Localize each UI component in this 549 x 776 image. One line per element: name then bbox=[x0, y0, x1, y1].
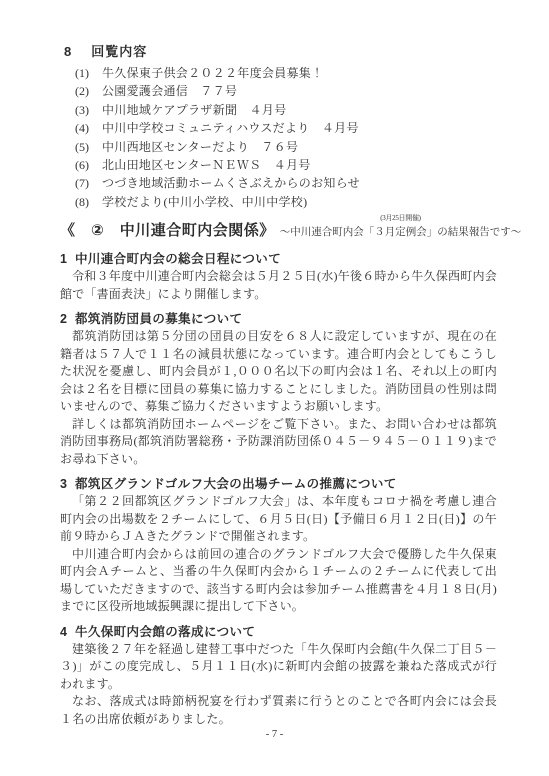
list-item-number: (1) bbox=[75, 64, 96, 82]
federation-subtitle: ～中川連合町内会「(3月25日開催)３月定例会」の結果報告です～ bbox=[280, 227, 522, 238]
list-item-number: (8) bbox=[75, 193, 96, 211]
list-item-number: (6) bbox=[75, 156, 96, 174]
federation-title: 《 ② 中川連合町内会関係》 bbox=[60, 222, 275, 239]
section-body: 「第２２回都筑区グランドゴルフ大会」は、本年度もコロナ禍を考慮し連合町内会の出場… bbox=[60, 493, 497, 616]
section-heading: 2 都筑消防団員の募集について bbox=[60, 310, 497, 328]
list-item: (4) 中川中学校コミュニティハウスだより ４月号 bbox=[75, 119, 497, 137]
circulation-heading-title: 回覧内容 bbox=[91, 43, 147, 61]
paragraph: なお、落成式は時節柄祝宴を行わず質素に行うとのことで各町内会には会長１名の出席依… bbox=[60, 693, 497, 728]
list-item-number: (5) bbox=[75, 138, 96, 156]
document-page: 8 回覧内容 (1) 牛久保東子供会２０２２年度会員募集！ (2) 公園愛護会通… bbox=[0, 0, 549, 776]
section-number: 2 bbox=[60, 310, 67, 328]
section-title: 中川連合町内会の総会日程について bbox=[75, 250, 281, 268]
section-title: 都筑消防団員の募集について bbox=[75, 310, 242, 328]
list-item-text: 中川地域ケアプラザ新聞 ４月号 bbox=[102, 101, 287, 119]
section-fire-brigade-recruitment: 2 都筑消防団員の募集について 都筑消防団は第５分団の団員の目安を６８人に設定し… bbox=[60, 310, 497, 468]
list-item: (2) 公園愛護会通信 ７７号 bbox=[75, 82, 497, 100]
federation-subtitle-ruby-group: (3月25日開催)３月定例会 bbox=[374, 223, 427, 243]
paragraph: 「第２２回都筑区グランドゴルフ大会」は、本年度もコロナ禍を考慮し連合町内会の出場… bbox=[60, 493, 497, 546]
section-number: 1 bbox=[60, 250, 67, 268]
list-item-text: 牛久保東子供会２０２２年度会員募集！ bbox=[102, 64, 323, 82]
section-number: 4 bbox=[60, 623, 67, 641]
list-item-text: 中川中学校コミュニティハウスだより ４月号 bbox=[102, 119, 359, 137]
section-ground-golf-teams: 3 都筑区グランドゴルフ大会の出場チームの推薦について 「第２２回都筑区グランド… bbox=[60, 475, 497, 616]
list-item-number: (4) bbox=[75, 119, 96, 137]
list-item: (1) 牛久保東子供会２０２２年度会員募集！ bbox=[75, 64, 497, 82]
page-content: 8 回覧内容 (1) 牛久保東子供会２０２２年度会員募集！ (2) 公園愛護会通… bbox=[0, 0, 549, 728]
list-item: (3) 中川地域ケアプラザ新聞 ４月号 bbox=[75, 101, 497, 119]
list-item-text: 公園愛護会通信 ７７号 bbox=[102, 82, 237, 100]
section-general-meeting: 1 中川連合町内会の総会日程について 令和３年度中川連合町内会総会は５月２５日(… bbox=[60, 250, 497, 303]
list-item-number: (2) bbox=[75, 82, 96, 100]
list-item-text: 中川西地区センターだより ７６号 bbox=[102, 138, 298, 156]
federation-header: 《 ② 中川連合町内会関係》～中川連合町内会「(3月25日開催)３月定例会」の結… bbox=[60, 221, 497, 243]
circulation-heading: 8 回覧内容 bbox=[60, 43, 497, 61]
list-item-number: (3) bbox=[75, 101, 96, 119]
circulation-list: (1) 牛久保東子供会２０２２年度会員募集！ (2) 公園愛護会通信 ７７号 (… bbox=[60, 64, 497, 211]
list-item-text: 北山田地区センターＮＥＷＳ ４月号 bbox=[102, 156, 311, 174]
list-item-text: つづき地域活動ホームくさぶえからのお知らせ bbox=[102, 174, 360, 192]
list-item-number: (7) bbox=[75, 174, 96, 192]
paragraph: 詳しくは都筑消防団ホームページをご覧下さい。また、お問い合わせは都筑消防団事務局… bbox=[60, 416, 497, 469]
paragraph: 中川連合町内会からは前回の連合のグランドゴルフ大会で優勝した牛久保東町内会Ａチー… bbox=[60, 546, 497, 616]
federation-subtitle-prefix: ～中川連合町内会「 bbox=[280, 227, 375, 238]
section-heading: 3 都筑区グランドゴルフ大会の出場チームの推薦について bbox=[60, 475, 497, 493]
paragraph: 建築後２７年を経過し建替工事中だつた「牛久保町内会館(牛久保二丁目５－３)」がこ… bbox=[60, 641, 497, 694]
section-title: 都筑区グランドゴルフ大会の出場チームの推薦について bbox=[75, 475, 397, 493]
section-number: 3 bbox=[60, 475, 67, 493]
section-heading: 1 中川連合町内会の総会日程について bbox=[60, 250, 497, 268]
federation-subtitle-term: ３月定例会 bbox=[374, 227, 427, 238]
federation-subtitle-suffix: 」の結果報告です～ bbox=[427, 227, 522, 238]
federation-subtitle-ruby-note: (3月25日開催) bbox=[380, 215, 420, 222]
section-heading: 4 牛久保町内会館の落成について bbox=[60, 623, 497, 641]
paragraph: 都筑消防団は第５分団の団員の目安を６８人に設定していますが、現在の在籍者は５７人… bbox=[60, 328, 497, 416]
list-item-text: 学校だより(中川小学校、中川中学校) bbox=[102, 193, 307, 211]
page-number: - 7 - bbox=[0, 729, 549, 740]
list-item: (8) 学校だより(中川小学校、中川中学校) bbox=[75, 193, 497, 211]
list-item: (6) 北山田地区センターＮＥＷＳ ４月号 bbox=[75, 156, 497, 174]
section-title: 牛久保町内会館の落成について bbox=[75, 623, 255, 641]
section-body: 令和３年度中川連合町内会総会は５月２５日(水)午後６時から牛久保西町内会館で「書… bbox=[60, 268, 497, 303]
section-body: 都筑消防団は第５分団の団員の目安を６８人に設定していますが、現在の在籍者は５７人… bbox=[60, 328, 497, 468]
section-body: 建築後２７年を経過し建替工事中だつた「牛久保町内会館(牛久保二丁目５－３)」がこ… bbox=[60, 641, 497, 729]
circulation-heading-number: 8 bbox=[64, 43, 71, 61]
section-hall-completion: 4 牛久保町内会館の落成について 建築後２７年を経過し建替工事中だつた「牛久保町… bbox=[60, 623, 497, 729]
list-item: (7) つづき地域活動ホームくさぶえからのお知らせ bbox=[75, 174, 497, 192]
list-item: (5) 中川西地区センターだより ７６号 bbox=[75, 138, 497, 156]
paragraph: 令和３年度中川連合町内会総会は５月２５日(水)午後６時から牛久保西町内会館で「書… bbox=[60, 268, 497, 303]
